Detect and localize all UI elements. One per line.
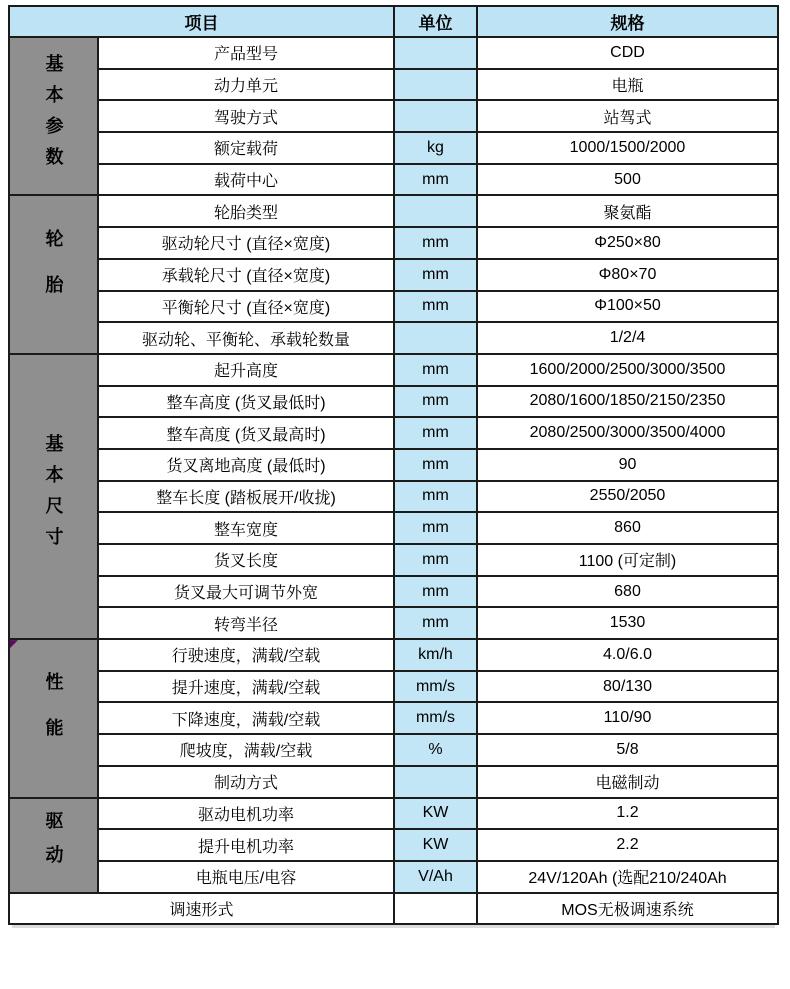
table-row: 额定载荷kg1000/1500/2000	[9, 132, 778, 164]
spec-cell: 860	[477, 512, 778, 544]
item-cell: 驱动电机功率	[98, 798, 394, 830]
spec-cell: 110/90	[477, 702, 778, 734]
spec-cell: 90	[477, 449, 778, 481]
item-cell: 货叉最大可调节外宽	[98, 576, 394, 608]
spec-cell: 1/2/4	[477, 322, 778, 354]
spec-cell: 站驾式	[477, 100, 778, 132]
footer-spec-cell: MOS无极调速系统	[477, 893, 778, 925]
group-cell-基本参数: 基本参数	[9, 37, 98, 195]
spec-cell: 1530	[477, 607, 778, 639]
item-cell: 货叉长度	[98, 544, 394, 576]
item-cell: 整车长度 (踏板展开/收拢)	[98, 481, 394, 513]
table-row: 整车长度 (踏板展开/收拢)mm2550/2050	[9, 481, 778, 513]
item-cell: 动力单元	[98, 69, 394, 101]
unit-cell	[394, 195, 477, 227]
group-cell-性能: 性能	[9, 639, 98, 797]
unit-cell: mm/s	[394, 702, 477, 734]
spec-cell: CDD	[477, 37, 778, 69]
table-row: 载荷中心mm500	[9, 164, 778, 196]
item-cell: 承载轮尺寸 (直径×宽度)	[98, 259, 394, 291]
item-cell: 驱动轮、平衡轮、承载轮数量	[98, 322, 394, 354]
spec-cell: 1.2	[477, 798, 778, 830]
unit-cell: mm	[394, 354, 477, 386]
item-cell: 产品型号	[98, 37, 394, 69]
spec-cell: 4.0/6.0	[477, 639, 778, 671]
group-cell-基本尺寸: 基本尺寸	[9, 354, 98, 639]
table-row: 货叉最大可调节外宽mm680	[9, 576, 778, 608]
unit-cell: km/h	[394, 639, 477, 671]
item-cell: 驱动轮尺寸 (直径×宽度)	[98, 227, 394, 259]
unit-cell: V/Ah	[394, 861, 477, 893]
unit-cell: mm	[394, 386, 477, 418]
unit-cell: mm	[394, 544, 477, 576]
unit-cell: mm	[394, 291, 477, 323]
item-cell: 起升高度	[98, 354, 394, 386]
item-cell: 额定载荷	[98, 132, 394, 164]
spec-cell: 电磁制动	[477, 766, 778, 798]
group-label: 驱动	[45, 811, 63, 879]
spec-cell: 1000/1500/2000	[477, 132, 778, 164]
unit-cell: mm	[394, 607, 477, 639]
table-row: 动力单元电瓶	[9, 69, 778, 101]
table-row: 平衡轮尺寸 (直径×宽度)mmΦ100×50	[9, 291, 778, 323]
table-row: 转弯半径mm1530	[9, 607, 778, 639]
unit-cell: mm	[394, 259, 477, 291]
group-label: 基本尺寸	[45, 434, 63, 558]
header-spec: 规格	[477, 6, 778, 37]
table-row: 基本尺寸起升高度mm1600/2000/2500/3000/3500	[9, 354, 778, 386]
group-label: 轮胎	[45, 229, 63, 321]
table-row: 整车高度 (货叉最低时)mm2080/1600/1850/2150/2350	[9, 386, 778, 418]
unit-cell: KW	[394, 798, 477, 830]
item-cell: 电瓶电压/电容	[98, 861, 394, 893]
table-row: 爬坡度，满载/空载%5/8	[9, 734, 778, 766]
footer-item-cell: 调速形式	[9, 893, 394, 925]
group-label: 性能	[45, 672, 63, 764]
table-row: 性能行驶速度，满载/空载km/h4.0/6.0	[9, 639, 778, 671]
item-cell: 提升速度，满载/空载	[98, 671, 394, 703]
item-cell: 平衡轮尺寸 (直径×宽度)	[98, 291, 394, 323]
spec-cell: Φ80×70	[477, 259, 778, 291]
spec-cell: 2.2	[477, 829, 778, 861]
unit-cell: mm	[394, 227, 477, 259]
spec-cell: 电瓶	[477, 69, 778, 101]
item-cell: 整车高度 (货叉最高时)	[98, 417, 394, 449]
table-row: 整车宽度mm860	[9, 512, 778, 544]
item-cell: 提升电机功率	[98, 829, 394, 861]
header-item: 项目	[9, 6, 394, 37]
group-cell-轮胎: 轮胎	[9, 195, 98, 353]
item-cell: 驾驶方式	[98, 100, 394, 132]
unit-cell: %	[394, 734, 477, 766]
table-row: 货叉长度mm1100 (可定制)	[9, 544, 778, 576]
table-row: 提升电机功率KW2.2	[9, 829, 778, 861]
unit-cell: mm	[394, 417, 477, 449]
unit-cell	[394, 322, 477, 354]
spec-cell: 24V/120Ah (选配210/240Ah	[477, 861, 778, 893]
product-spec-table: 项目 单位 规格 基本参数产品型号CDD动力单元电瓶驾驶方式站驾式额定载荷kg1…	[8, 5, 779, 925]
spec-cell: Φ100×50	[477, 291, 778, 323]
spec-cell: 5/8	[477, 734, 778, 766]
table-row: 货叉离地高度 (最低时)mm90	[9, 449, 778, 481]
unit-cell	[394, 37, 477, 69]
item-cell: 制动方式	[98, 766, 394, 798]
group-cell-驱动: 驱动	[9, 798, 98, 893]
unit-cell: mm	[394, 481, 477, 513]
footer-unit-cell	[394, 893, 477, 925]
table-row: 驱动轮尺寸 (直径×宽度)mmΦ250×80	[9, 227, 778, 259]
header-row: 项目 单位 规格	[9, 6, 778, 37]
group-label: 基本参数	[45, 54, 63, 178]
table-row: 整车高度 (货叉最高时)mm2080/2500/3000/3500/4000	[9, 417, 778, 449]
table-row: 轮胎轮胎类型聚氨酯	[9, 195, 778, 227]
unit-cell: KW	[394, 829, 477, 861]
table-row: 下降速度，满载/空载mm/s110/90	[9, 702, 778, 734]
spec-cell: 2080/1600/1850/2150/2350	[477, 386, 778, 418]
spec-cell: 680	[477, 576, 778, 608]
spec-cell: 2550/2050	[477, 481, 778, 513]
unit-cell: mm	[394, 449, 477, 481]
item-cell: 行驶速度，满载/空载	[98, 639, 394, 671]
spec-cell: Φ250×80	[477, 227, 778, 259]
table-row-footer: 调速形式MOS无极调速系统	[9, 893, 778, 925]
unit-cell	[394, 100, 477, 132]
item-cell: 轮胎类型	[98, 195, 394, 227]
spec-cell: 1100 (可定制)	[477, 544, 778, 576]
item-cell: 载荷中心	[98, 164, 394, 196]
item-cell: 货叉离地高度 (最低时)	[98, 449, 394, 481]
table-row: 电瓶电压/电容V/Ah24V/120Ah (选配210/240Ah	[9, 861, 778, 893]
table-row: 驾驶方式站驾式	[9, 100, 778, 132]
table-row: 驱动驱动电机功率KW1.2	[9, 798, 778, 830]
table-row: 承载轮尺寸 (直径×宽度)mmΦ80×70	[9, 259, 778, 291]
table-row: 驱动轮、平衡轮、承载轮数量1/2/4	[9, 322, 778, 354]
item-cell: 转弯半径	[98, 607, 394, 639]
table-row: 提升速度，满载/空载mm/s80/130	[9, 671, 778, 703]
spec-cell: 500	[477, 164, 778, 196]
comment-marker-icon	[10, 640, 18, 648]
unit-cell	[394, 766, 477, 798]
spec-cell: 2080/2500/3000/3500/4000	[477, 417, 778, 449]
spec-cell: 1600/2000/2500/3000/3500	[477, 354, 778, 386]
unit-cell: kg	[394, 132, 477, 164]
unit-cell: mm	[394, 164, 477, 196]
unit-cell	[394, 69, 477, 101]
unit-cell: mm	[394, 512, 477, 544]
unit-cell: mm/s	[394, 671, 477, 703]
item-cell: 整车宽度	[98, 512, 394, 544]
item-cell: 整车高度 (货叉最低时)	[98, 386, 394, 418]
spec-cell: 80/130	[477, 671, 778, 703]
header-unit: 单位	[394, 6, 477, 37]
item-cell: 爬坡度，满载/空载	[98, 734, 394, 766]
unit-cell: mm	[394, 576, 477, 608]
table-row: 基本参数产品型号CDD	[9, 37, 778, 69]
table-row: 制动方式电磁制动	[9, 766, 778, 798]
item-cell: 下降速度，满载/空载	[98, 702, 394, 734]
spec-cell: 聚氨酯	[477, 195, 778, 227]
